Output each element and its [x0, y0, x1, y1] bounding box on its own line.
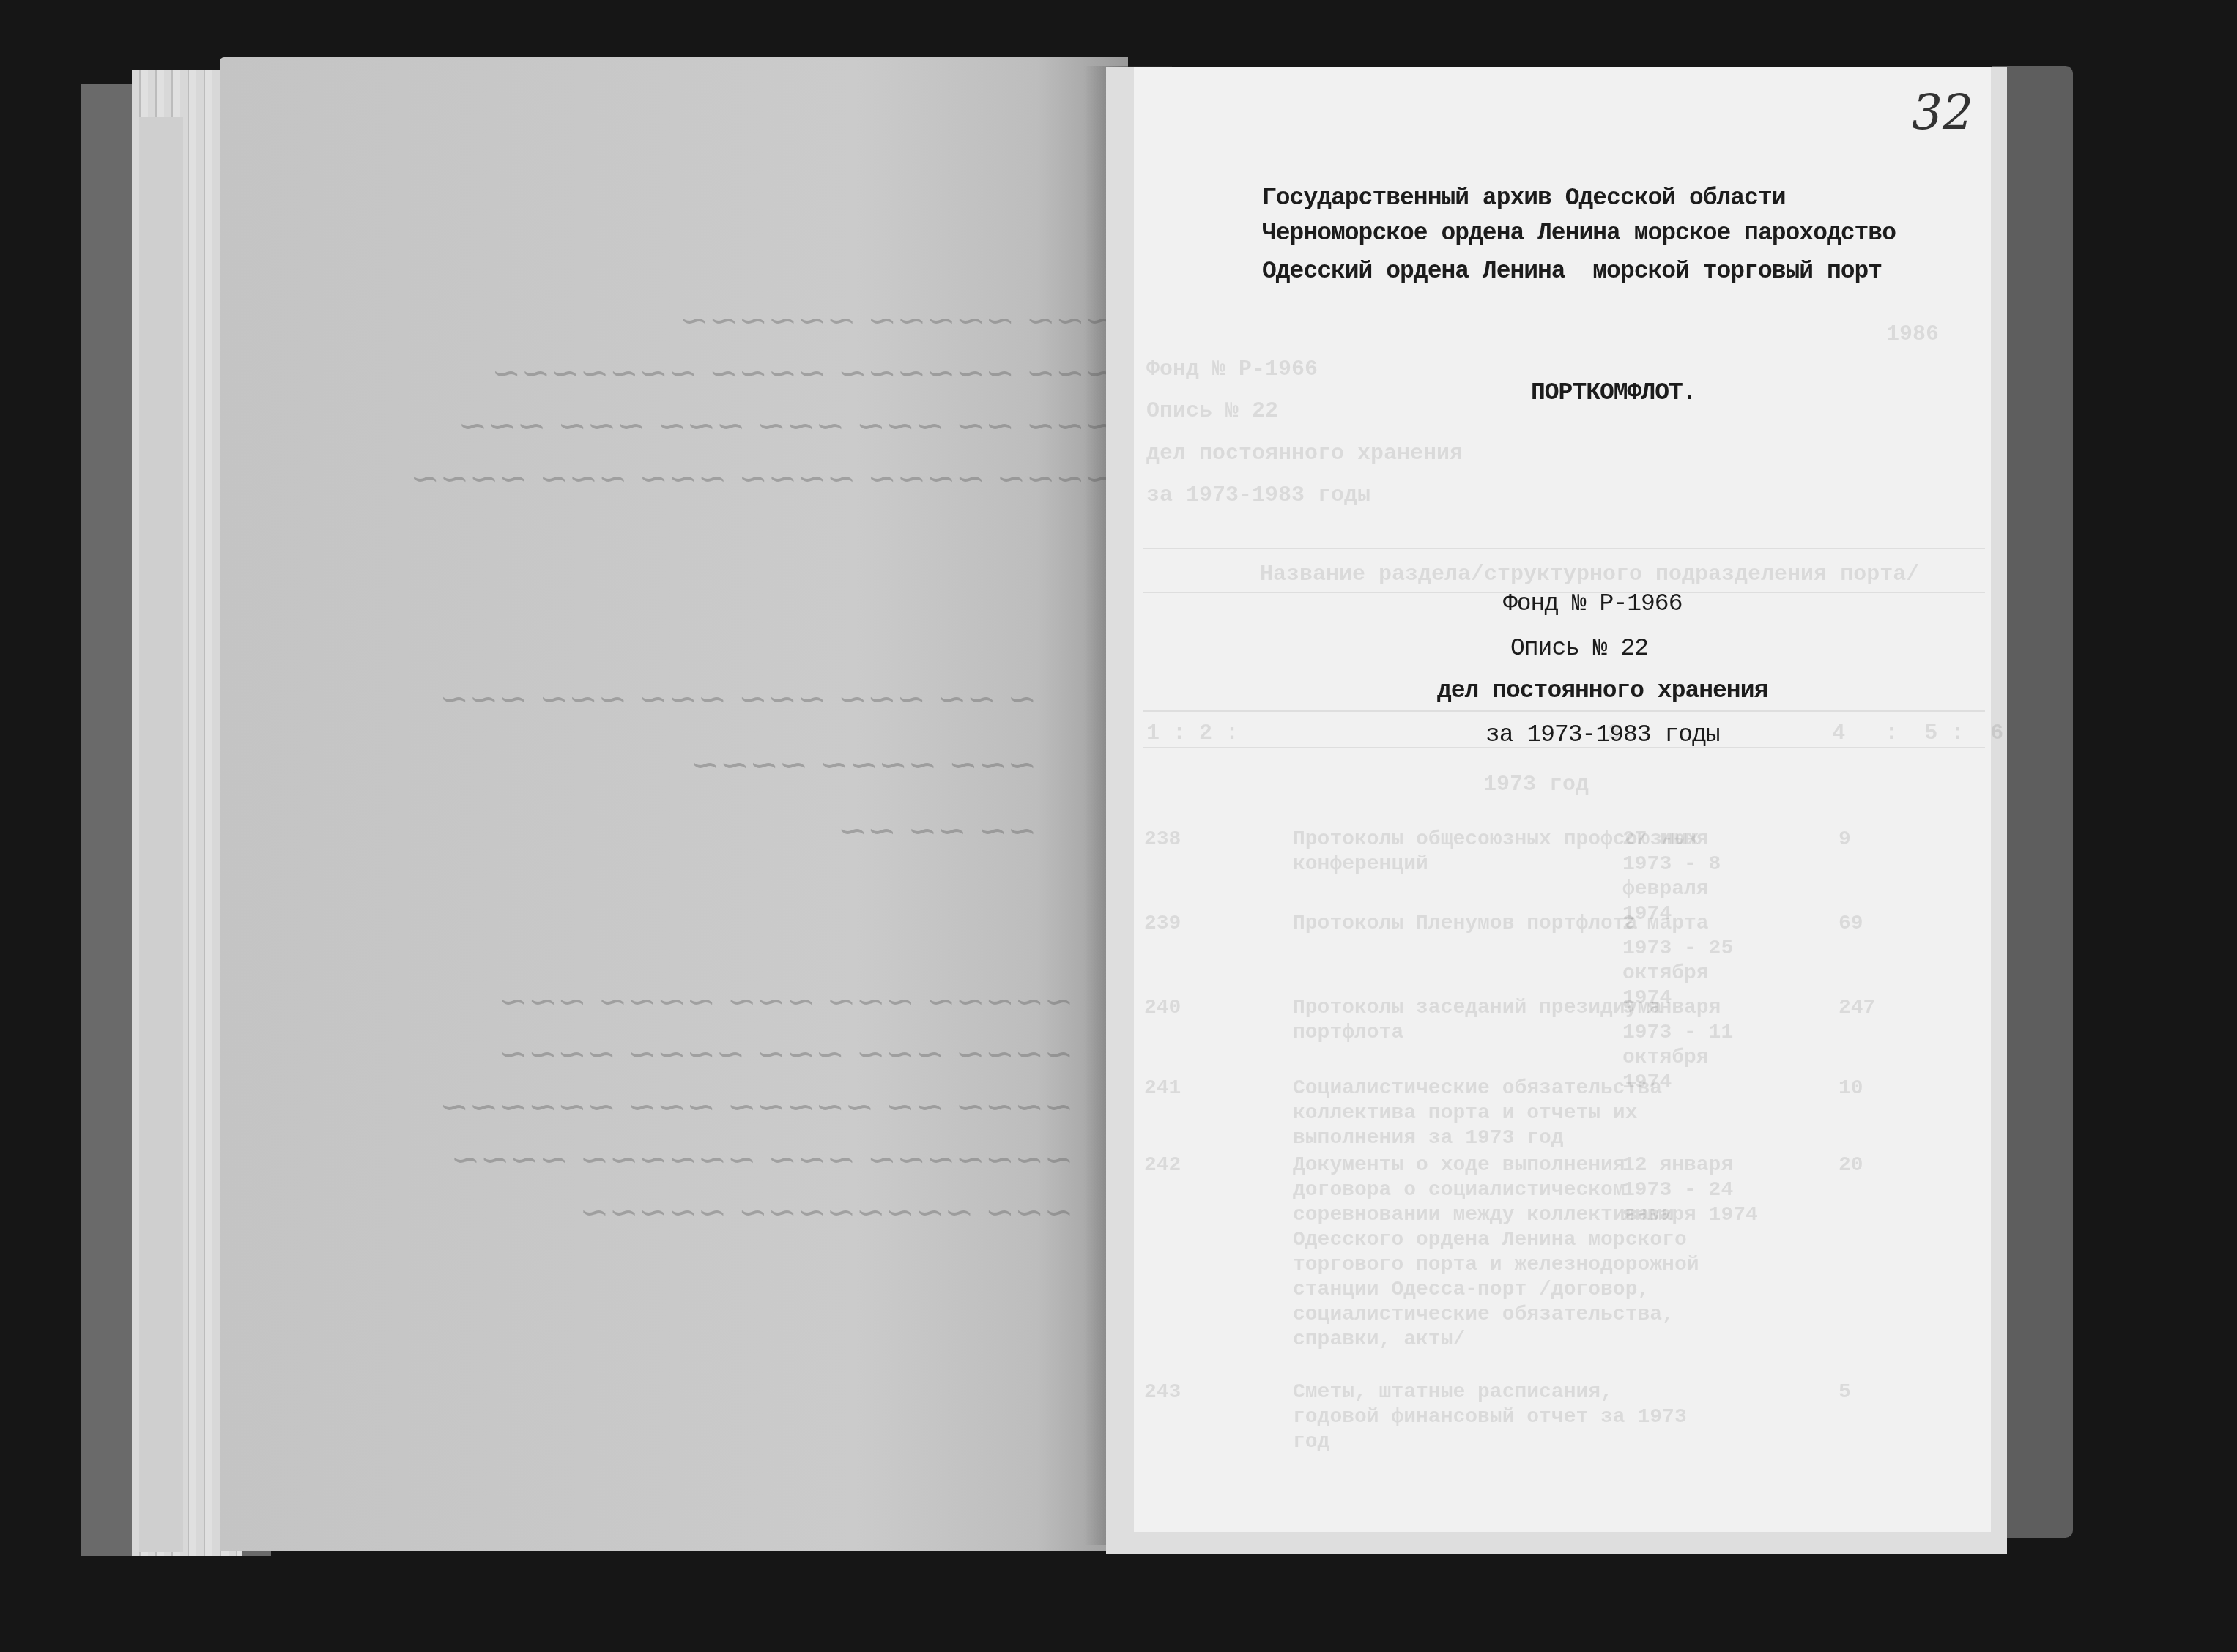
bleed-table-cell: Социалистические обязательства коллектив… — [1293, 1076, 1703, 1151]
bleed-table-cell: 5 — [1839, 1380, 1897, 1405]
bleed-section-caption: Название раздела/структурного подразделе… — [1260, 562, 1919, 587]
bleed-table-cell: 10 — [1839, 1076, 1897, 1101]
bleed-table-cell: 242 — [1144, 1153, 1203, 1178]
bleed-table-cell: 247 — [1839, 996, 1897, 1021]
bleed-fond: Фонд № Р-1966 — [1146, 357, 1318, 382]
bleed-table-cell: 9 — [1839, 827, 1897, 852]
bleed-table-cell: 20 — [1839, 1153, 1897, 1178]
organization-title: ПОРТКОМФЛОТ. — [1531, 379, 1696, 406]
bleed-opis: Опись № 22 — [1146, 399, 1278, 424]
bleed-table-cell: 12 января 1973 - 24 января 1974 — [1622, 1153, 1769, 1228]
handwriting-bleed-through: ~~~ ~~~~~ ~~~~~~ ~~~ ~~~~~~ ~~~~ ~~~~~~~… — [410, 242, 1114, 505]
page-stack-edge-inner — [139, 117, 183, 1552]
handwriting-bleed-through-3: ~~~~~ ~~~ ~~~ ~~~~ ~~~ ~~~~ ~~~ ~~~ ~~~~… — [439, 923, 1073, 1239]
header-line-archive: Государственный архив Одесской области — [1262, 185, 1786, 212]
bleed-description: дел постоянного хранения — [1146, 442, 1463, 466]
bleed-table-cell: 243 — [1144, 1380, 1203, 1405]
header-line-shipping: Черноморское ордена Ленина морское парох… — [1262, 220, 1896, 247]
handwriting-bleed-through-2: ~ ~~ ~~~ ~~~ ~~~ ~~~ ~~~ ~~~ ~~~~ ~~~~ ~… — [439, 600, 1036, 864]
bleed-table-cell: 239 — [1144, 912, 1203, 937]
inventory-period: за 1973-1983 годы — [1485, 721, 1720, 748]
bleed-table-cell: 69 — [1839, 912, 1897, 937]
fond-number: Фонд № Р-1966 — [1503, 590, 1682, 617]
bleed-year-heading: 1973 год — [1483, 773, 1589, 797]
bleed-table-cell: 241 — [1144, 1076, 1203, 1101]
inventory-description: дел постоянного хранения — [1437, 677, 1767, 704]
bleed-year: 1986 — [1886, 322, 1939, 347]
ghost-rule — [1143, 710, 1985, 712]
opis-number: Опись № 22 — [1510, 635, 1648, 662]
ghost-rule — [1143, 548, 1985, 549]
bleed-table-cell: 240 — [1144, 996, 1203, 1021]
bleed-period: за 1973-1983 годы — [1146, 483, 1370, 508]
handwritten-page-number: 32 — [1912, 84, 1973, 141]
header-line-port: Одесский ордена Ленина морской торговый … — [1262, 258, 1882, 285]
bleed-table-cell: Сметы, штатные расписания, годовой финан… — [1293, 1380, 1703, 1455]
bleed-table-cell: 238 — [1144, 827, 1203, 852]
